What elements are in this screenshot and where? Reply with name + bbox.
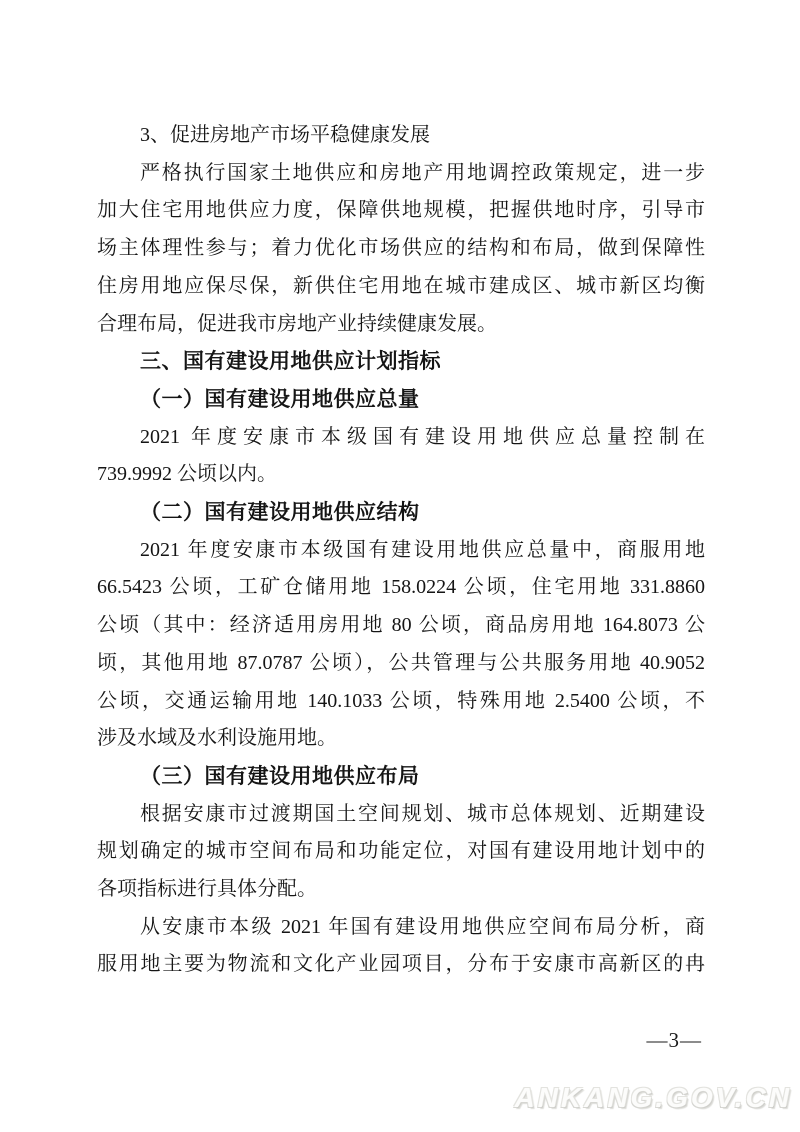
- paragraph-line: 加大住宅用地供应力度，保障供地规模，把握供地时序，引导市: [97, 192, 705, 230]
- paragraph-line: 739.9992 公顷以内。: [97, 456, 705, 494]
- paragraph-line: 66.5423 公顷，工矿仓储用地 158.0224 公顷，住宅用地 331.8…: [97, 569, 705, 607]
- paragraph-line: 从安康市本级 2021 年国有建设用地供应空间布局分析，商: [97, 909, 705, 947]
- paragraph-line: 住房用地应保尽保，新供住宅用地在城市建成区、城市新区均衡: [97, 268, 705, 306]
- paragraph-line: 公顷（其中：经济适用房用地 80 公顷，商品房用地 164.8073 公: [97, 607, 705, 645]
- paragraph-line: 2021 年度安康市本级国有建设用地供应总量中，商服用地: [97, 532, 705, 570]
- subsection-heading-2: （二）国有建设用地供应结构: [97, 494, 705, 532]
- paragraph-line: 公顷，交通运输用地 140.1033 公顷，特殊用地 2.5400 公顷，不: [97, 683, 705, 721]
- page-number: —3—: [647, 1028, 703, 1053]
- paragraph-line: 2021 年度安康市本级国有建设用地供应总量控制在: [97, 419, 705, 457]
- paragraph-line: 场主体理性参与；着力优化市场供应的结构和布局，做到保障性: [97, 230, 705, 268]
- paragraph-line: 各项指标进行具体分配。: [97, 871, 705, 909]
- paragraph-line: 合理布局，促进我市房地产业持续健康发展。: [97, 306, 705, 344]
- paragraph-line: 涉及水域及水利设施用地。: [97, 720, 705, 758]
- paragraph-line: 顷，其他用地 87.0787 公顷），公共管理与公共服务用地 40.9052: [97, 645, 705, 683]
- paragraph-line: 服用地主要为物流和文化产业园项目，分布于安康市高新区的冉: [97, 946, 705, 984]
- document-page: 3、促进房地产市场平稳健康发展 严格执行国家土地供应和房地产用地调控政策规定，进…: [0, 0, 800, 1132]
- paragraph-line: 严格执行国家土地供应和房地产用地调控政策规定，进一步: [97, 155, 705, 193]
- subsection-heading-3: （三）国有建设用地供应布局: [97, 758, 705, 796]
- document-body: 3、促进房地产市场平稳健康发展 严格执行国家土地供应和房地产用地调控政策规定，进…: [97, 117, 705, 984]
- numbered-heading-3: 3、促进房地产市场平稳健康发展: [97, 117, 705, 155]
- site-watermark: ANKANG.GOV.CN: [514, 1082, 792, 1114]
- paragraph-line: 根据安康市过渡期国土空间规划、城市总体规划、近期建设: [97, 796, 705, 834]
- paragraph-line: 规划确定的城市空间布局和功能定位，对国有建设用地计划中的: [97, 833, 705, 871]
- subsection-heading-1: （一）国有建设用地供应总量: [97, 381, 705, 419]
- section-heading-3: 三、国有建设用地供应计划指标: [97, 343, 705, 381]
